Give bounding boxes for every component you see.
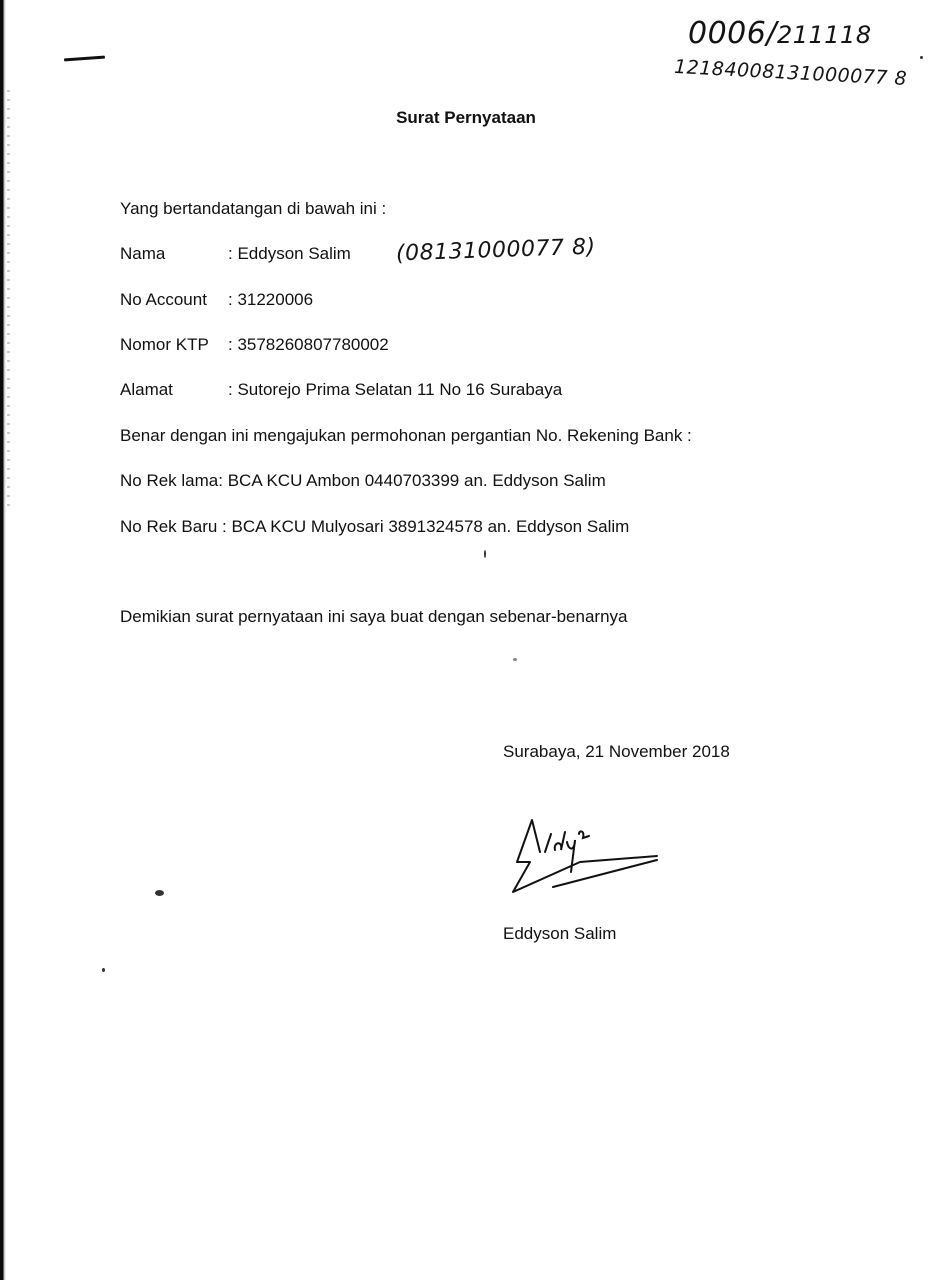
- scan-speck: [920, 56, 923, 59]
- handwritten-reference-b: 211118: [777, 21, 872, 49]
- handwritten-phone: (08131000077 8): [396, 235, 596, 267]
- field-label: Nama: [120, 244, 228, 264]
- field-no-account: No Account: 31220006: [120, 290, 313, 310]
- field-value: : 3578260807780002: [228, 335, 389, 355]
- request-text: Benar dengan ini mengajukan permohonan p…: [120, 426, 692, 446]
- scan-noise: [7, 90, 10, 510]
- field-value: : 31220006: [228, 290, 313, 310]
- new-account-value: : BCA KCU Mulyosari 3891324578 an. Eddys…: [217, 517, 629, 536]
- field-value: : Sutorejo Prima Selatan 11 No 16 Suraba…: [228, 380, 562, 400]
- slash: /: [766, 16, 777, 51]
- handwritten-reference: 0006/211118: [688, 16, 872, 51]
- field-nomor-ktp: Nomor KTP: 3578260807780002: [120, 335, 389, 355]
- old-account-value: : BCA KCU Ambon 0440703399 an. Eddyson S…: [218, 471, 605, 490]
- scan-speck: [155, 890, 164, 896]
- scan-speck: [484, 550, 486, 558]
- old-account: No Rek lama: BCA KCU Ambon 0440703399 an…: [120, 471, 606, 491]
- scan-speck: [513, 658, 517, 661]
- field-alamat: Alamat: Sutorejo Prima Selatan 11 No 16 …: [120, 380, 562, 400]
- document-title: Surat Pernyataan: [0, 108, 932, 128]
- handwritten-reference-number: 12184008131000077 8: [674, 56, 908, 90]
- field-label: Nomor KTP: [120, 335, 228, 355]
- new-account-label: No Rek Baru: [120, 517, 217, 537]
- pen-dash-mark: [64, 56, 105, 62]
- field-label: No Account: [120, 290, 228, 310]
- intro-text: Yang bertandatangan di bawah ini :: [120, 199, 386, 219]
- signature-icon: [505, 812, 665, 902]
- scan-speck: [102, 968, 105, 972]
- field-label: Alamat: [120, 380, 228, 400]
- handwritten-reference-a: 0006: [688, 16, 766, 51]
- place-date: Surabaya, 21 November 2018: [503, 742, 730, 762]
- new-account: No Rek Baru : BCA KCU Mulyosari 38913245…: [120, 517, 629, 537]
- signer-name: Eddyson Salim: [503, 924, 616, 944]
- closing-text: Demikian surat pernyataan ini saya buat …: [120, 607, 628, 627]
- field-value: : Eddyson Salim: [228, 244, 351, 264]
- old-account-label: No Rek lama: [120, 471, 218, 491]
- scan-edge: [0, 0, 6, 1280]
- field-nama: Nama: Eddyson Salim: [120, 244, 351, 264]
